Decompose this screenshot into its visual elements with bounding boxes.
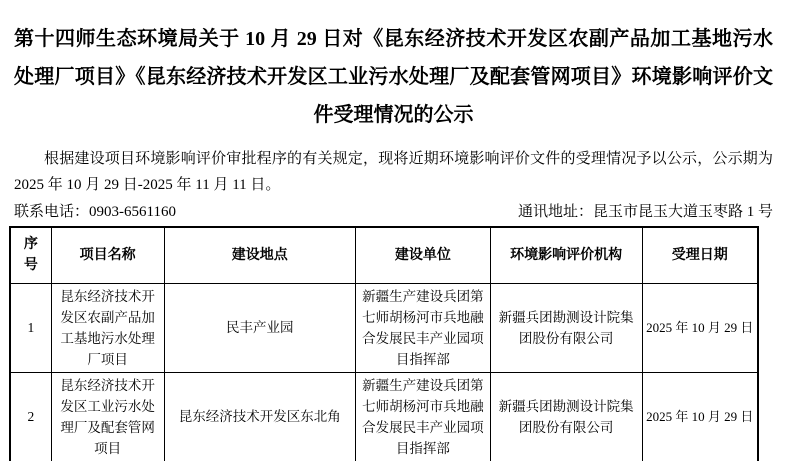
cell-date: 2025 年 10 月 29 日 [642, 372, 758, 461]
column-header-location: 建设地点 [164, 227, 355, 283]
cell-eia: 新疆兵团勘测设计院集团股份有限公司 [490, 372, 642, 461]
announcement-document: 第十四师生态环境局关于 10 月 29 日对《昆东经济技术开发区农副产品加工基地… [0, 0, 800, 461]
column-header-date: 受理日期 [642, 227, 758, 283]
page-title: 第十四师生态环境局关于 10 月 29 日对《昆东经济技术开发区农副产品加工基地… [14, 20, 773, 134]
column-header-unit: 建设单位 [356, 227, 491, 283]
cell-eia: 新疆兵团勘测设计院集团股份有限公司 [490, 283, 642, 372]
cell-date: 2025 年 10 月 29 日 [642, 283, 758, 372]
intro-paragraph: 根据建设项目环境影响评价审批程序的有关规定，现将近期环境影响评价文件的受理情况予… [14, 146, 773, 198]
cell-location: 民丰产业园 [164, 283, 355, 372]
contact-row: 联系电话：0903-6561160 通讯地址：昆玉市昆玉大道玉枣路 1 号 [14, 201, 773, 223]
cell-project: 昆东经济技术开发区工业污水处理厂及配套管网项目 [51, 372, 164, 461]
cell-seq: 2 [10, 372, 51, 461]
announcement-table: 序号 项目名称 建设地点 建设单位 环境影响评价机构 受理日期 1 昆东经济技术… [9, 226, 759, 461]
column-header-eia: 环境影响评价机构 [490, 227, 642, 283]
contact-address: 通讯地址：昆玉市昆玉大道玉枣路 1 号 [518, 201, 773, 223]
table-row: 2 昆东经济技术开发区工业污水处理厂及配套管网项目 昆东经济技术开发区东北角 新… [10, 372, 758, 461]
cell-location: 昆东经济技术开发区东北角 [164, 372, 355, 461]
cell-project: 昆东经济技术开发区农副产品加工基地污水处理厂项目 [51, 283, 164, 372]
cell-seq: 1 [10, 283, 51, 372]
cell-unit: 新疆生产建设兵团第七师胡杨河市兵地融合发展民丰产业园项目指挥部 [356, 283, 491, 372]
cell-unit: 新疆生产建设兵团第七师胡杨河市兵地融合发展民丰产业园项目指挥部 [356, 372, 491, 461]
column-header-seq: 序号 [10, 227, 51, 283]
contact-phone: 联系电话：0903-6561160 [14, 201, 176, 223]
table-header-row: 序号 项目名称 建设地点 建设单位 环境影响评价机构 受理日期 [10, 227, 758, 283]
table-row: 1 昆东经济技术开发区农副产品加工基地污水处理厂项目 民丰产业园 新疆生产建设兵… [10, 283, 758, 372]
column-header-project: 项目名称 [51, 227, 164, 283]
